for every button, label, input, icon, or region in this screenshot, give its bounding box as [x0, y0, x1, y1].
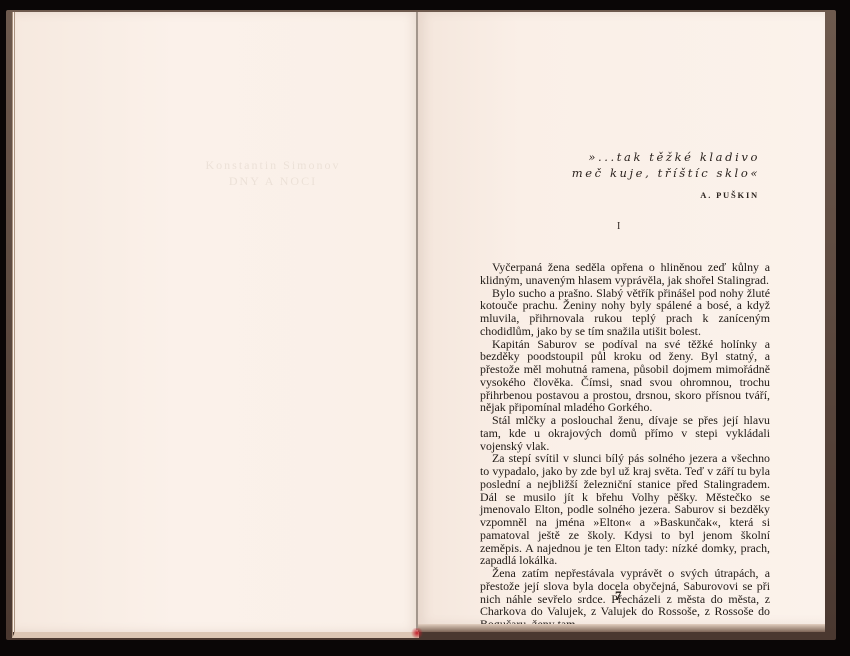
- ghost-line: DNY A NOCI: [193, 173, 353, 189]
- ghost-line: Konstantin Simonov: [193, 157, 353, 173]
- page-number: 7: [615, 588, 622, 604]
- paragraph: Kapitán Saburov se podíval na své těžké …: [480, 338, 770, 415]
- right-page: »...tak těžké kladivo meč kuje, tříštíc …: [418, 12, 825, 624]
- show-through-text: Konstantin Simonov DNY A NOCI: [193, 157, 353, 189]
- page-bottom-edge: [418, 624, 825, 632]
- epigraph-author: A. PUŠKIN: [700, 190, 759, 200]
- left-page: Konstantin Simonov DNY A NOCI: [12, 12, 419, 638]
- bookmark-ribbon: [410, 628, 424, 638]
- chapter-number: I: [617, 221, 620, 232]
- epigraph: »...tak těžké kladivo meč kuje, tříštíc …: [572, 149, 760, 181]
- paragraph: Stál mlčky a poslouchal ženu, dívaje se …: [480, 414, 770, 452]
- epigraph-line-2: meč kuje, tříštíc sklo«: [572, 165, 760, 181]
- chapter-body: Vyčerpaná žena seděla opřena o hliněnou …: [480, 261, 770, 631]
- paragraph: Za stepí svítil v slunci bílý pás solnéh…: [480, 452, 770, 567]
- paragraph: Žena zatím nepřestávala vyprávět o svých…: [480, 567, 770, 631]
- epigraph-line-1: »...tak těžké kladivo: [572, 149, 760, 165]
- paragraph: Bylo sucho a prašno. Slabý větřík přináš…: [480, 287, 770, 338]
- paragraph: Vyčerpaná žena seděla opřena o hliněnou …: [480, 261, 770, 287]
